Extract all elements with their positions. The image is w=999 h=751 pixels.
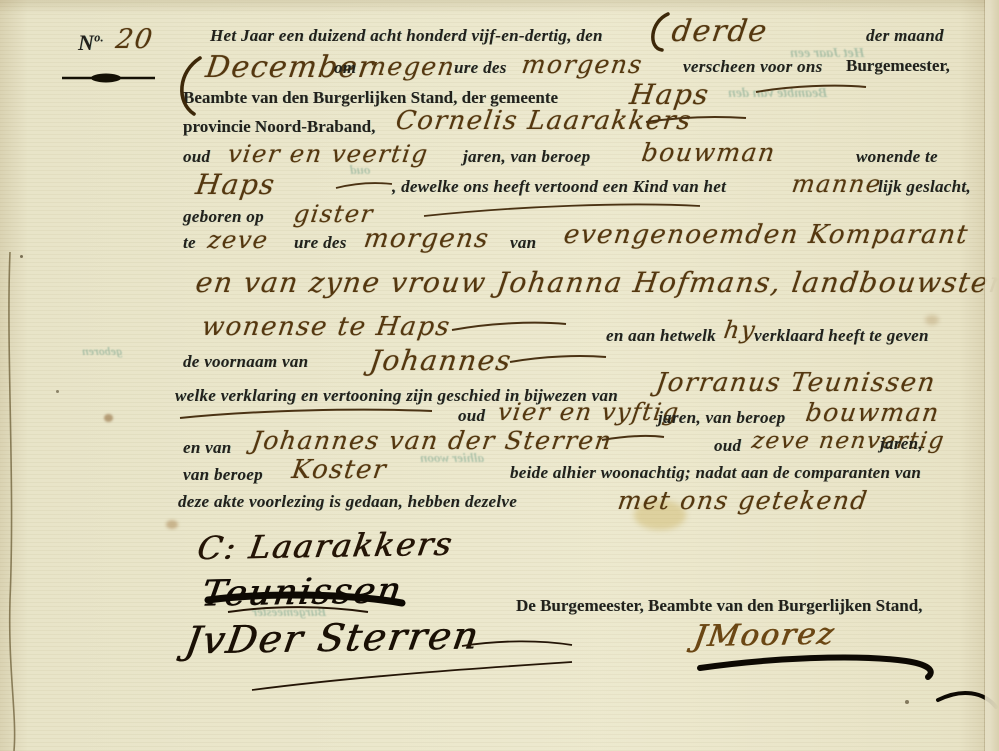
left-crease xyxy=(9,252,15,751)
record-number-sup: o. xyxy=(94,31,104,45)
handwritten-mother-name: en van zyne vrouw Johanna Hofmans, landb… xyxy=(194,266,999,299)
printed-text: van xyxy=(510,233,536,253)
handwritten-witness2-name: Johannes van der Sterren xyxy=(250,426,614,455)
printed-text: te xyxy=(183,233,196,253)
printed-text: ure des xyxy=(294,233,347,253)
printed-text: verscheen voor ons xyxy=(683,57,823,77)
handwritten-child-name: Johannes xyxy=(368,344,514,377)
ghost-text: Beambte van den xyxy=(728,86,828,102)
printed-text: jaren, van beroep xyxy=(658,408,785,428)
signature-tail xyxy=(252,662,572,690)
handwritten-witness1-name: Jorranus Teunissen xyxy=(654,368,938,398)
printed-text: jaren, van beroep xyxy=(463,147,590,167)
flourish-derde xyxy=(653,14,668,50)
printed-text: oud xyxy=(183,147,210,167)
printed-text: Het Jaar een duizend acht honderd vijf-e… xyxy=(210,26,603,46)
handwritten-residence-2: wonense te Haps xyxy=(200,312,453,342)
printed-text: De Burgemeester, Beambte van den Burgerl… xyxy=(516,596,922,616)
paper-speck xyxy=(20,255,23,258)
paper-stain xyxy=(925,315,939,325)
handwritten-witness1-occupation: bouwman xyxy=(804,398,942,427)
signature-father: C: Laarakkers xyxy=(195,525,456,567)
handwritten-text: evengenoemden Komparant xyxy=(562,220,971,250)
handwritten-text: morgens xyxy=(362,224,492,254)
printed-text: Burgemeester, xyxy=(846,56,950,76)
printed-text: lijk geslacht, xyxy=(878,177,971,197)
printed-text: provincie Noord-Braband, xyxy=(183,117,375,137)
printed-text: ure des xyxy=(454,58,507,78)
printed-text: verklaard heeft te geven xyxy=(754,326,929,346)
paper-speck xyxy=(56,390,59,393)
ghost-text: geboren xyxy=(82,344,122,359)
record-number-label: No. xyxy=(78,30,104,56)
handwritten-birthdate: gister xyxy=(292,200,376,228)
handwritten-gender: manne xyxy=(790,170,884,198)
signature-tail xyxy=(462,641,572,646)
handwritten-closing: met ons getekend xyxy=(616,486,870,515)
printed-text: de voornaam van xyxy=(183,352,308,372)
record-number-value: 20 xyxy=(114,24,156,55)
signature-witness1: Teunissen xyxy=(198,570,405,614)
printed-text: beide alhier woonachtig; nadat aan de co… xyxy=(510,463,921,483)
printed-text: en van xyxy=(183,438,232,458)
printed-text: van beroep xyxy=(183,465,263,485)
printed-text: en aan hetwelk xyxy=(606,326,716,346)
handwritten-hour: negen xyxy=(368,52,457,81)
paper-speck xyxy=(905,700,909,704)
signature-witness2: JvDer Sterren xyxy=(182,613,483,662)
printed-text: der maand xyxy=(866,26,944,46)
printed-text: oud xyxy=(458,406,485,426)
handwritten-day: derde xyxy=(670,14,771,49)
page-fold-edge xyxy=(984,0,999,751)
ink-dash xyxy=(180,410,432,418)
handwritten-occupation: bouwman xyxy=(640,138,778,167)
handwritten-text: hy xyxy=(722,316,758,344)
document-page: Het Jaar een Beambte van den oud geboren… xyxy=(0,0,999,751)
printed-text: oud xyxy=(714,436,741,456)
handwritten-witness2-occupation: Koster xyxy=(290,455,389,485)
ink-dash xyxy=(452,323,566,330)
handwritten-birthhour: zeve xyxy=(206,226,271,254)
ink-dash xyxy=(336,183,392,188)
signature-mayor: JMoorez xyxy=(691,617,838,654)
handwritten-text: morgens xyxy=(520,50,645,79)
handwritten-residence: Haps xyxy=(194,168,278,201)
printed-text: , dewelke ons heeft vertoond een Kind va… xyxy=(392,177,726,197)
printed-text: om xyxy=(334,58,356,78)
handwritten-age: vier en veertig xyxy=(226,140,430,168)
printed-text: geboren op xyxy=(183,207,264,227)
ink-dash xyxy=(510,356,606,362)
paper-stain xyxy=(104,414,113,422)
printed-text: deze akte voorlezing is gedaan, hebben d… xyxy=(178,492,517,512)
ink-dash xyxy=(424,204,700,216)
printed-text: jaren, xyxy=(880,434,923,454)
handwritten-father-name: Cornelis Laarakkers xyxy=(394,106,694,136)
printed-text: Beambte van den Burgerlijken Stand, der … xyxy=(183,88,558,108)
printed-text: wonende te xyxy=(856,147,938,167)
paper-stain xyxy=(166,520,178,529)
handwritten-witness1-age: vier en vyftig xyxy=(496,398,681,426)
mayor-swash xyxy=(700,657,931,677)
divider-lens xyxy=(91,74,121,83)
